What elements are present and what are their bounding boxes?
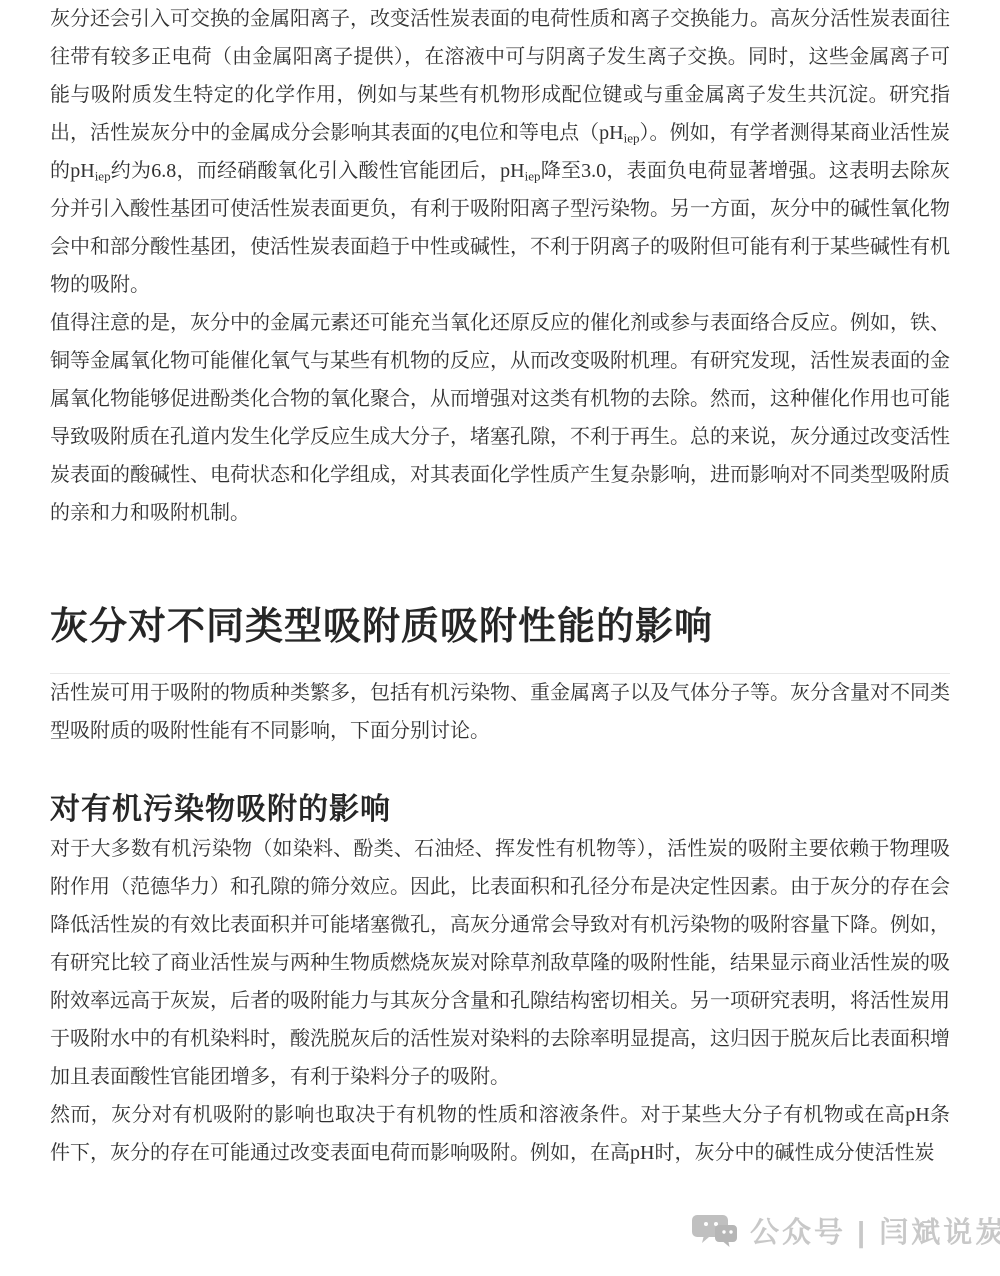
subsection-heading: 对有机污染物吸附的影响: [50, 790, 950, 830]
article-body: 灰分还会引入可交换的金属阳离子，改变活性炭表面的电荷性质和离子交换能力。高灰分活…: [0, 0, 1000, 1172]
body-paragraph: 值得注意的是，灰分中的金属元素还可能充当氧化还原反应的催化剂或参与表面络合反应。…: [50, 304, 950, 532]
section-heading: 灰分对不同类型吸附质吸附性能的影响: [50, 602, 950, 652]
chat-bubbles-icon: [692, 1211, 740, 1251]
body-paragraph: 灰分还会引入可交换的金属阳离子，改变活性炭表面的电荷性质和离子交换能力。高灰分活…: [50, 0, 950, 304]
watermark: 公众号 | 闫斌说炭: [692, 1210, 1000, 1251]
body-paragraph: 然而，灰分对有机吸附的影响也取决于有机物的性质和溶液条件。对于某些大分子有机物或…: [50, 1096, 950, 1172]
watermark-text: 公众号 | 闫斌说炭: [750, 1210, 1000, 1251]
body-paragraph: 对于大多数有机污染物（如染料、酚类、石油烃、挥发性有机物等），活性炭的吸附主要依…: [50, 830, 950, 1096]
body-paragraph: 活性炭可用于吸附的物质种类繁多，包括有机污染物、重金属离子以及气体分子等。灰分含…: [50, 674, 950, 750]
